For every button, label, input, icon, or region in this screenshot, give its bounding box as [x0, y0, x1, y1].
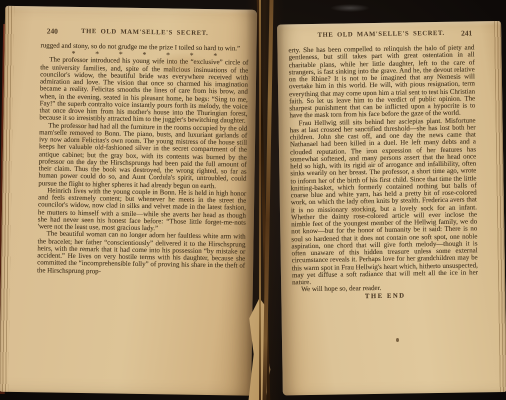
- right-page: THE OLD MAM'SELLE'S SECRET. 241 erty. Sh…: [277, 21, 506, 395]
- running-title-right: THE OLD MAM'SELLE'S SECRET.: [288, 29, 474, 39]
- left-page: 240 THE OLD MAM'SELLE'S SECRET. rugged a…: [0, 6, 257, 396]
- binding-tear: [259, 0, 261, 400]
- glare-highlight: [330, 4, 370, 12]
- page-number-right: 241: [461, 28, 472, 37]
- left-page-body: rugged and stony, so do not grudge me th…: [37, 42, 249, 277]
- book-photo: 240 THE OLD MAM'SELLE'S SECRET. rugged a…: [0, 0, 506, 400]
- paragraph: The beautiful woman can no longer adorn …: [37, 231, 246, 278]
- right-page-header: THE OLD MAM'SELLE'S SECRET. 241: [288, 29, 474, 41]
- binding-tear: [257, 0, 270, 400]
- paragraph: The professor introduced his young wife …: [39, 57, 248, 126]
- right-page-content: THE OLD MAM'SELLE'S SECRET. 241 erty. Sh…: [288, 29, 480, 391]
- left-page-header: 240 THE OLD MAM'SELLE'S SECRET.: [41, 27, 249, 39]
- paragraph-continuation: erty. She has been compelled to relinqui…: [288, 44, 475, 119]
- paragraph: Heinrich lives with the young couple in …: [38, 187, 247, 234]
- paragraph: Frau Hellwig still sits behind her ascle…: [290, 117, 479, 287]
- page-number-left: 240: [47, 26, 58, 35]
- page-stack-edge-right: [494, 21, 506, 392]
- paragraph: The professor had had all the furniture …: [38, 122, 247, 191]
- running-title-left: THE OLD MAM'SELLE'S SECRET.: [41, 27, 249, 37]
- right-page-body: erty. She has been compelled to relinqui…: [288, 44, 478, 301]
- left-page-content: 240 THE OLD MAM'SELLE'S SECRET. rugged a…: [35, 27, 249, 389]
- binding-tear: [263, 0, 274, 400]
